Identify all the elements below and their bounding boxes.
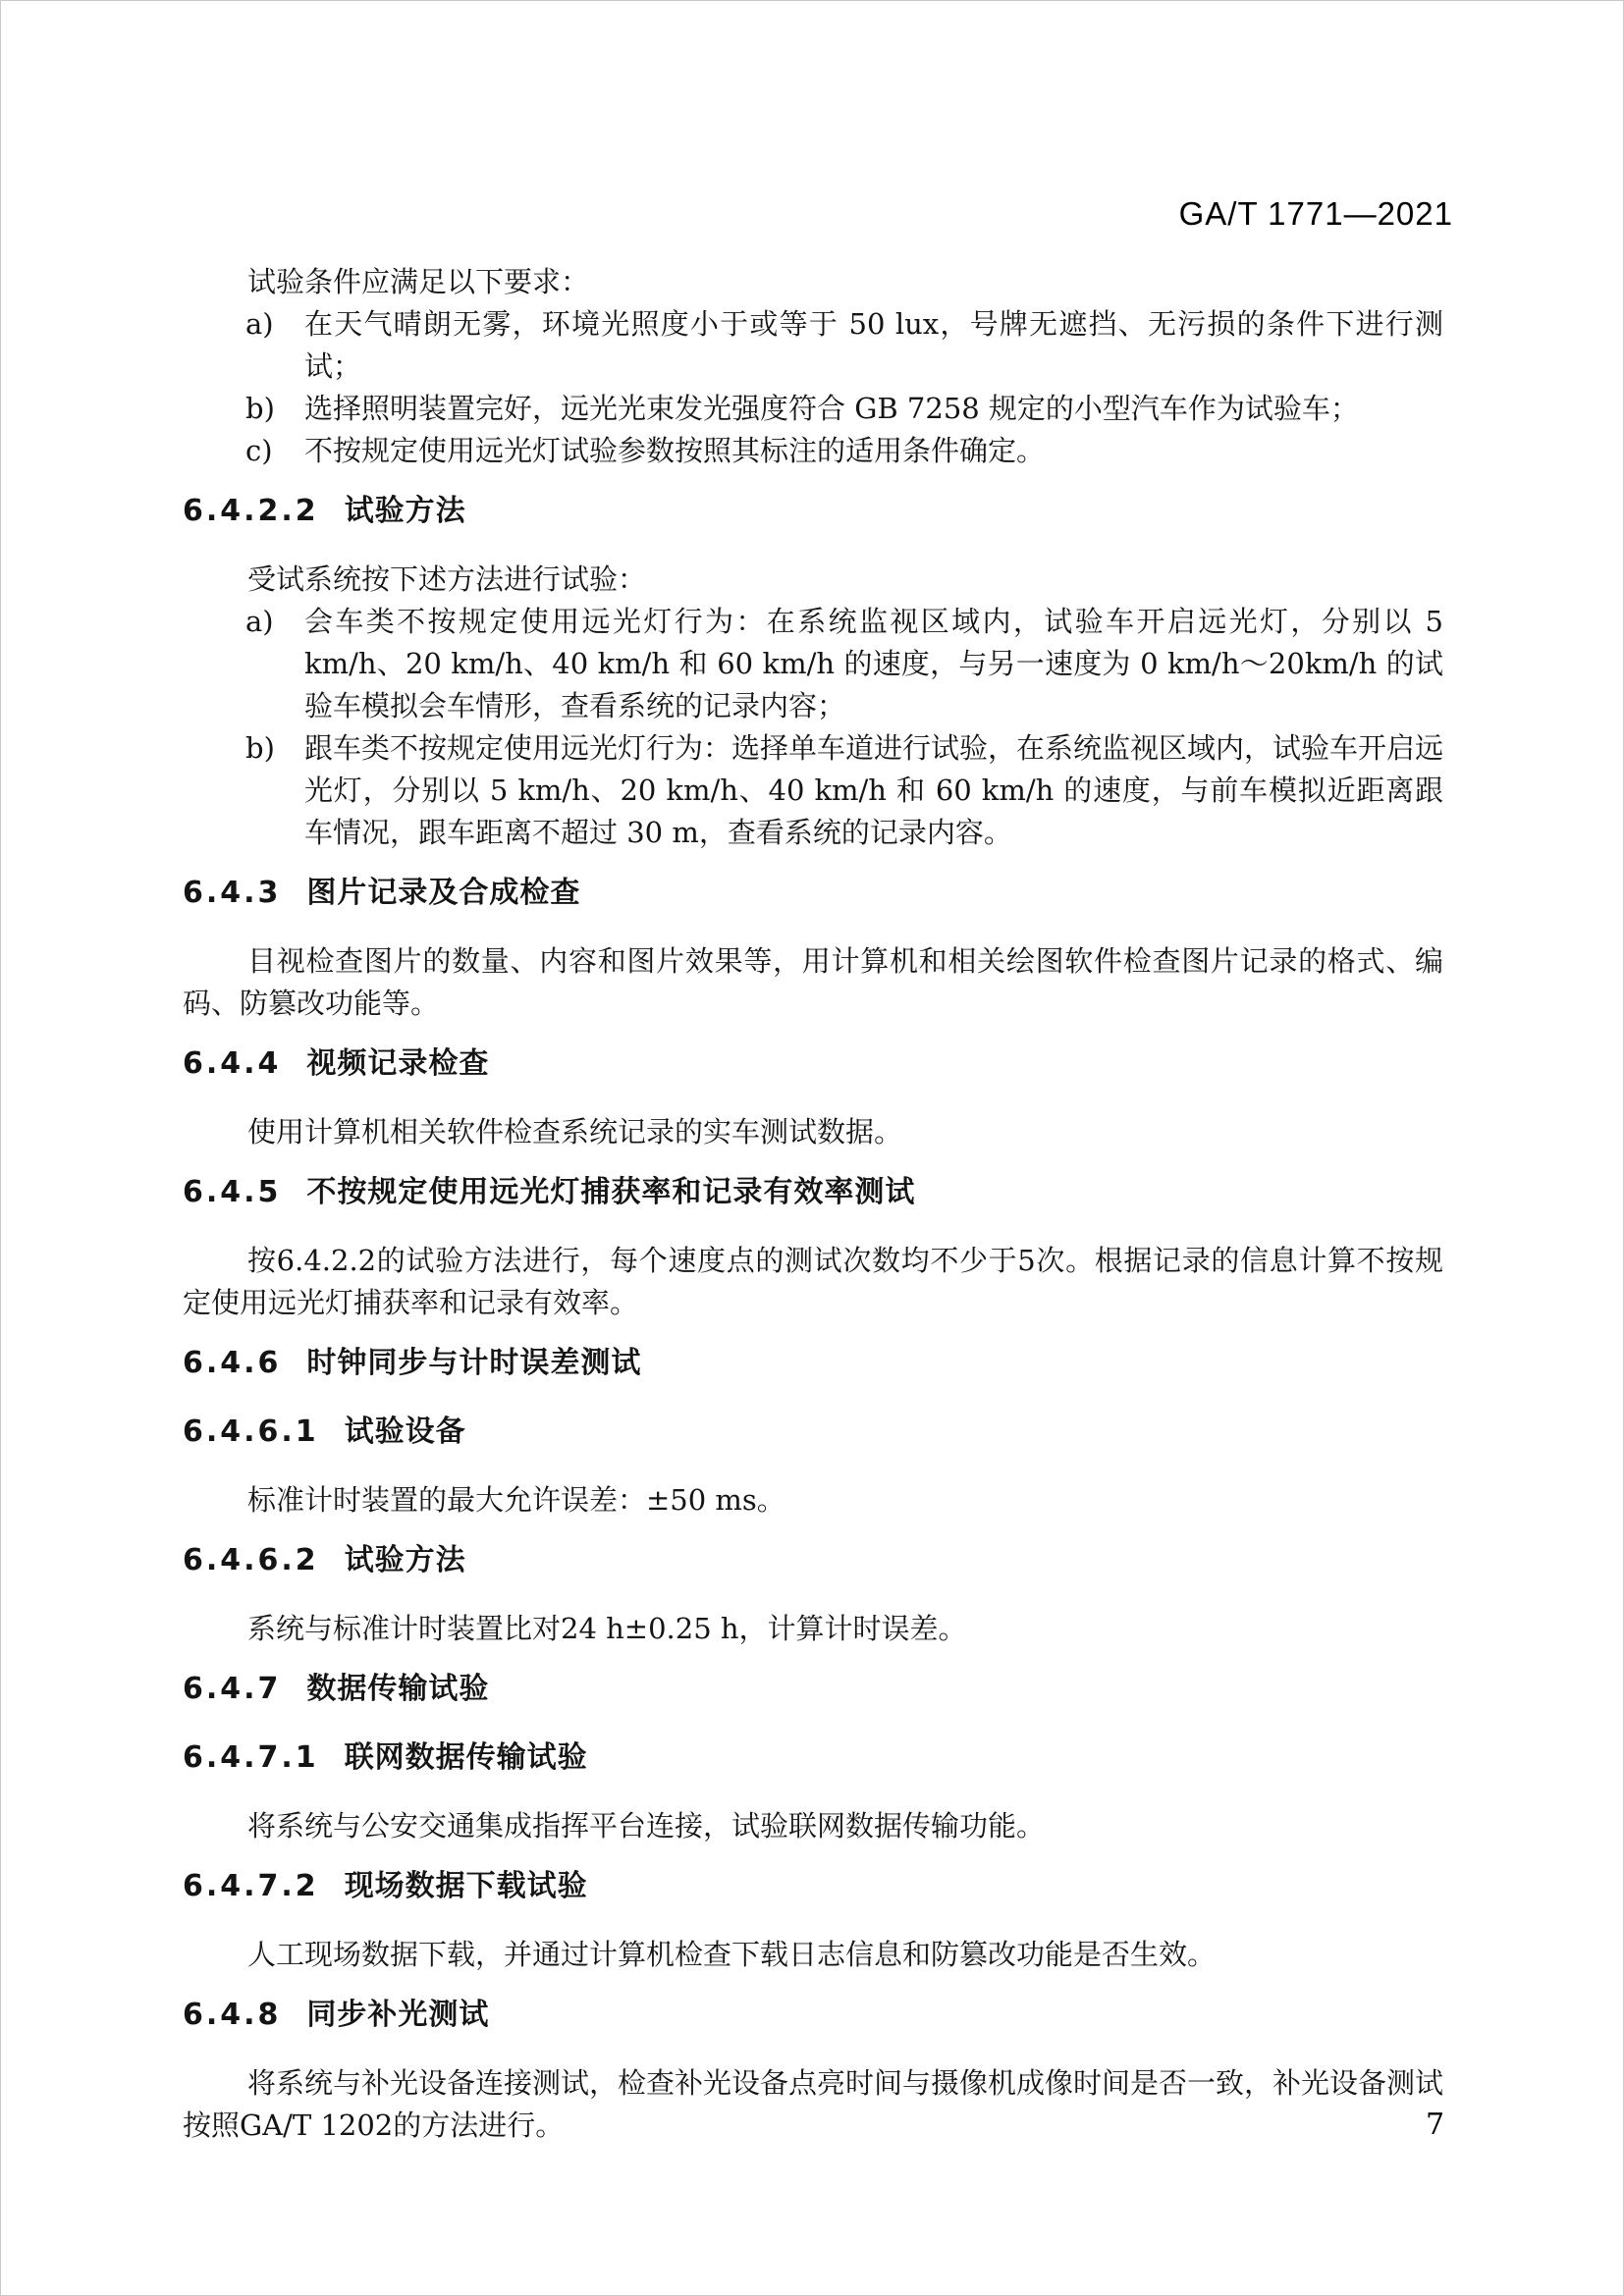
paragraph: 将系统与补光设备连接测试，检查补光设备点亮时间与摄像机成像时间是否一致，补光设备… <box>183 2062 1443 2147</box>
document-page: GA/T 1771—2021 试验条件应满足以下要求：a)在天气晴朗无雾，环境光… <box>0 0 1624 2296</box>
page-number: 7 <box>1426 2104 1444 2146</box>
section-number: 6.4.3 <box>183 876 281 910</box>
section-number: 6.4.7 <box>183 1672 281 1706</box>
section-heading: 6.4.7数据传输试验 <box>183 1668 1443 1710</box>
section-number: 6.4.7.1 <box>183 1740 319 1775</box>
section-number: 6.4.7.2 <box>183 1869 319 1903</box>
section-title: 试验方法 <box>345 494 466 528</box>
section-heading: 6.4.6.1试验设备 <box>183 1411 1443 1453</box>
list-item-marker: b) <box>245 727 275 770</box>
section-heading: 6.4.2.2试验方法 <box>183 490 1443 532</box>
section-number: 6.4.6.1 <box>183 1415 319 1449</box>
paragraph: 按6.4.2.2的试验方法进行，每个速度点的测试次数均不少于5次。根据记录的信息… <box>183 1240 1443 1324</box>
section-heading: 6.4.8同步补光测试 <box>183 1994 1443 2036</box>
list-item-text: 跟车类不按规定使用远光灯行为：选择单车道进行试验，在系统监视区域内，试验车开启远… <box>304 731 1443 849</box>
standard-number-header: GA/T 1771—2021 <box>1179 195 1453 233</box>
list-item-marker: c) <box>245 430 273 472</box>
paragraph: 系统与标准计时装置比对24 h±0.25 h，计算计时误差。 <box>183 1608 1443 1650</box>
section-number: 6.4.8 <box>183 1998 281 2032</box>
section-title: 视频记录检查 <box>306 1046 489 1081</box>
section-title: 联网数据传输试验 <box>345 1740 588 1775</box>
section-title: 图片记录及合成检查 <box>306 876 580 910</box>
section-heading: 6.4.3图片记录及合成检查 <box>183 872 1443 914</box>
section-heading: 6.4.7.2现场数据下载试验 <box>183 1865 1443 1907</box>
list-item-marker: a) <box>245 303 274 346</box>
section-number: 6.4.5 <box>183 1175 281 1209</box>
paragraph: 受试系统按下述方法进行试验： <box>183 559 1443 601</box>
section-heading: 6.4.6.2试验方法 <box>183 1539 1443 1581</box>
section-title: 现场数据下载试验 <box>345 1869 588 1903</box>
section-title: 数据传输试验 <box>306 1672 489 1706</box>
paragraph: 试验条件应满足以下要求： <box>183 261 1443 303</box>
document-content: 试验条件应满足以下要求：a)在天气晴朗无雾，环境光照度小于或等于 50 lux，… <box>183 261 1443 2147</box>
list-item-text: 选择照明装置完好，远光光束发光强度符合 GB 7258 规定的小型汽车作为试验车… <box>304 392 1359 425</box>
list-item-marker: a) <box>245 601 274 643</box>
section-number: 6.4.6 <box>183 1346 281 1380</box>
list-item: a)会车类不按规定使用远光灯行为：在系统监视区域内，试验车开启远光灯，分别以 5… <box>183 601 1443 727</box>
paragraph: 将系统与公安交通集成指挥平台连接，试验联网数据传输功能。 <box>183 1805 1443 1847</box>
section-heading: 6.4.4视频记录检查 <box>183 1042 1443 1085</box>
paragraph: 标准计时装置的最大允许误差：±50 ms。 <box>183 1479 1443 1522</box>
list-item-text: 在天气晴朗无雾，环境光照度小于或等于 50 lux，号牌无遮挡、无污损的条件下进… <box>304 307 1443 383</box>
paragraph: 使用计算机相关软件检查系统记录的实车测试数据。 <box>183 1111 1443 1153</box>
list-item-marker: b) <box>245 388 275 430</box>
paragraph: 目视检查图片的数量、内容和图片效果等，用计算机和相关绘图软件检查图片记录的格式、… <box>183 940 1443 1025</box>
section-title: 时钟同步与计时误差测试 <box>306 1346 641 1380</box>
list-item: b)跟车类不按规定使用远光灯行为：选择单车道进行试验，在系统监视区域内，试验车开… <box>183 727 1443 854</box>
list-item-text: 不按规定使用远光灯试验参数按照其标注的适用条件确定。 <box>304 434 1045 467</box>
list-item: c)不按规定使用远光灯试验参数按照其标注的适用条件确定。 <box>183 430 1443 472</box>
list-item: a)在天气晴朗无雾，环境光照度小于或等于 50 lux，号牌无遮挡、无污损的条件… <box>183 303 1443 388</box>
section-title: 试验设备 <box>345 1415 466 1449</box>
section-title: 不按规定使用远光灯捕获率和记录有效率测试 <box>306 1175 915 1209</box>
section-heading: 6.4.7.1联网数据传输试验 <box>183 1736 1443 1779</box>
paragraph: 人工现场数据下载，并通过计算机检查下载日志信息和防篡改功能是否生效。 <box>183 1934 1443 1976</box>
section-title: 试验方法 <box>345 1543 466 1577</box>
section-heading: 6.4.6时钟同步与计时误差测试 <box>183 1342 1443 1384</box>
list-item: b)选择照明装置完好，远光光束发光强度符合 GB 7258 规定的小型汽车作为试… <box>183 388 1443 430</box>
section-number: 6.4.2.2 <box>183 494 319 528</box>
section-number: 6.4.6.2 <box>183 1543 319 1577</box>
section-heading: 6.4.5不按规定使用远光灯捕获率和记录有效率测试 <box>183 1171 1443 1213</box>
list-item-text: 会车类不按规定使用远光灯行为：在系统监视区域内，试验车开启远光灯，分别以 5 k… <box>304 605 1443 722</box>
section-title: 同步补光测试 <box>306 1998 489 2032</box>
section-number: 6.4.4 <box>183 1046 281 1081</box>
